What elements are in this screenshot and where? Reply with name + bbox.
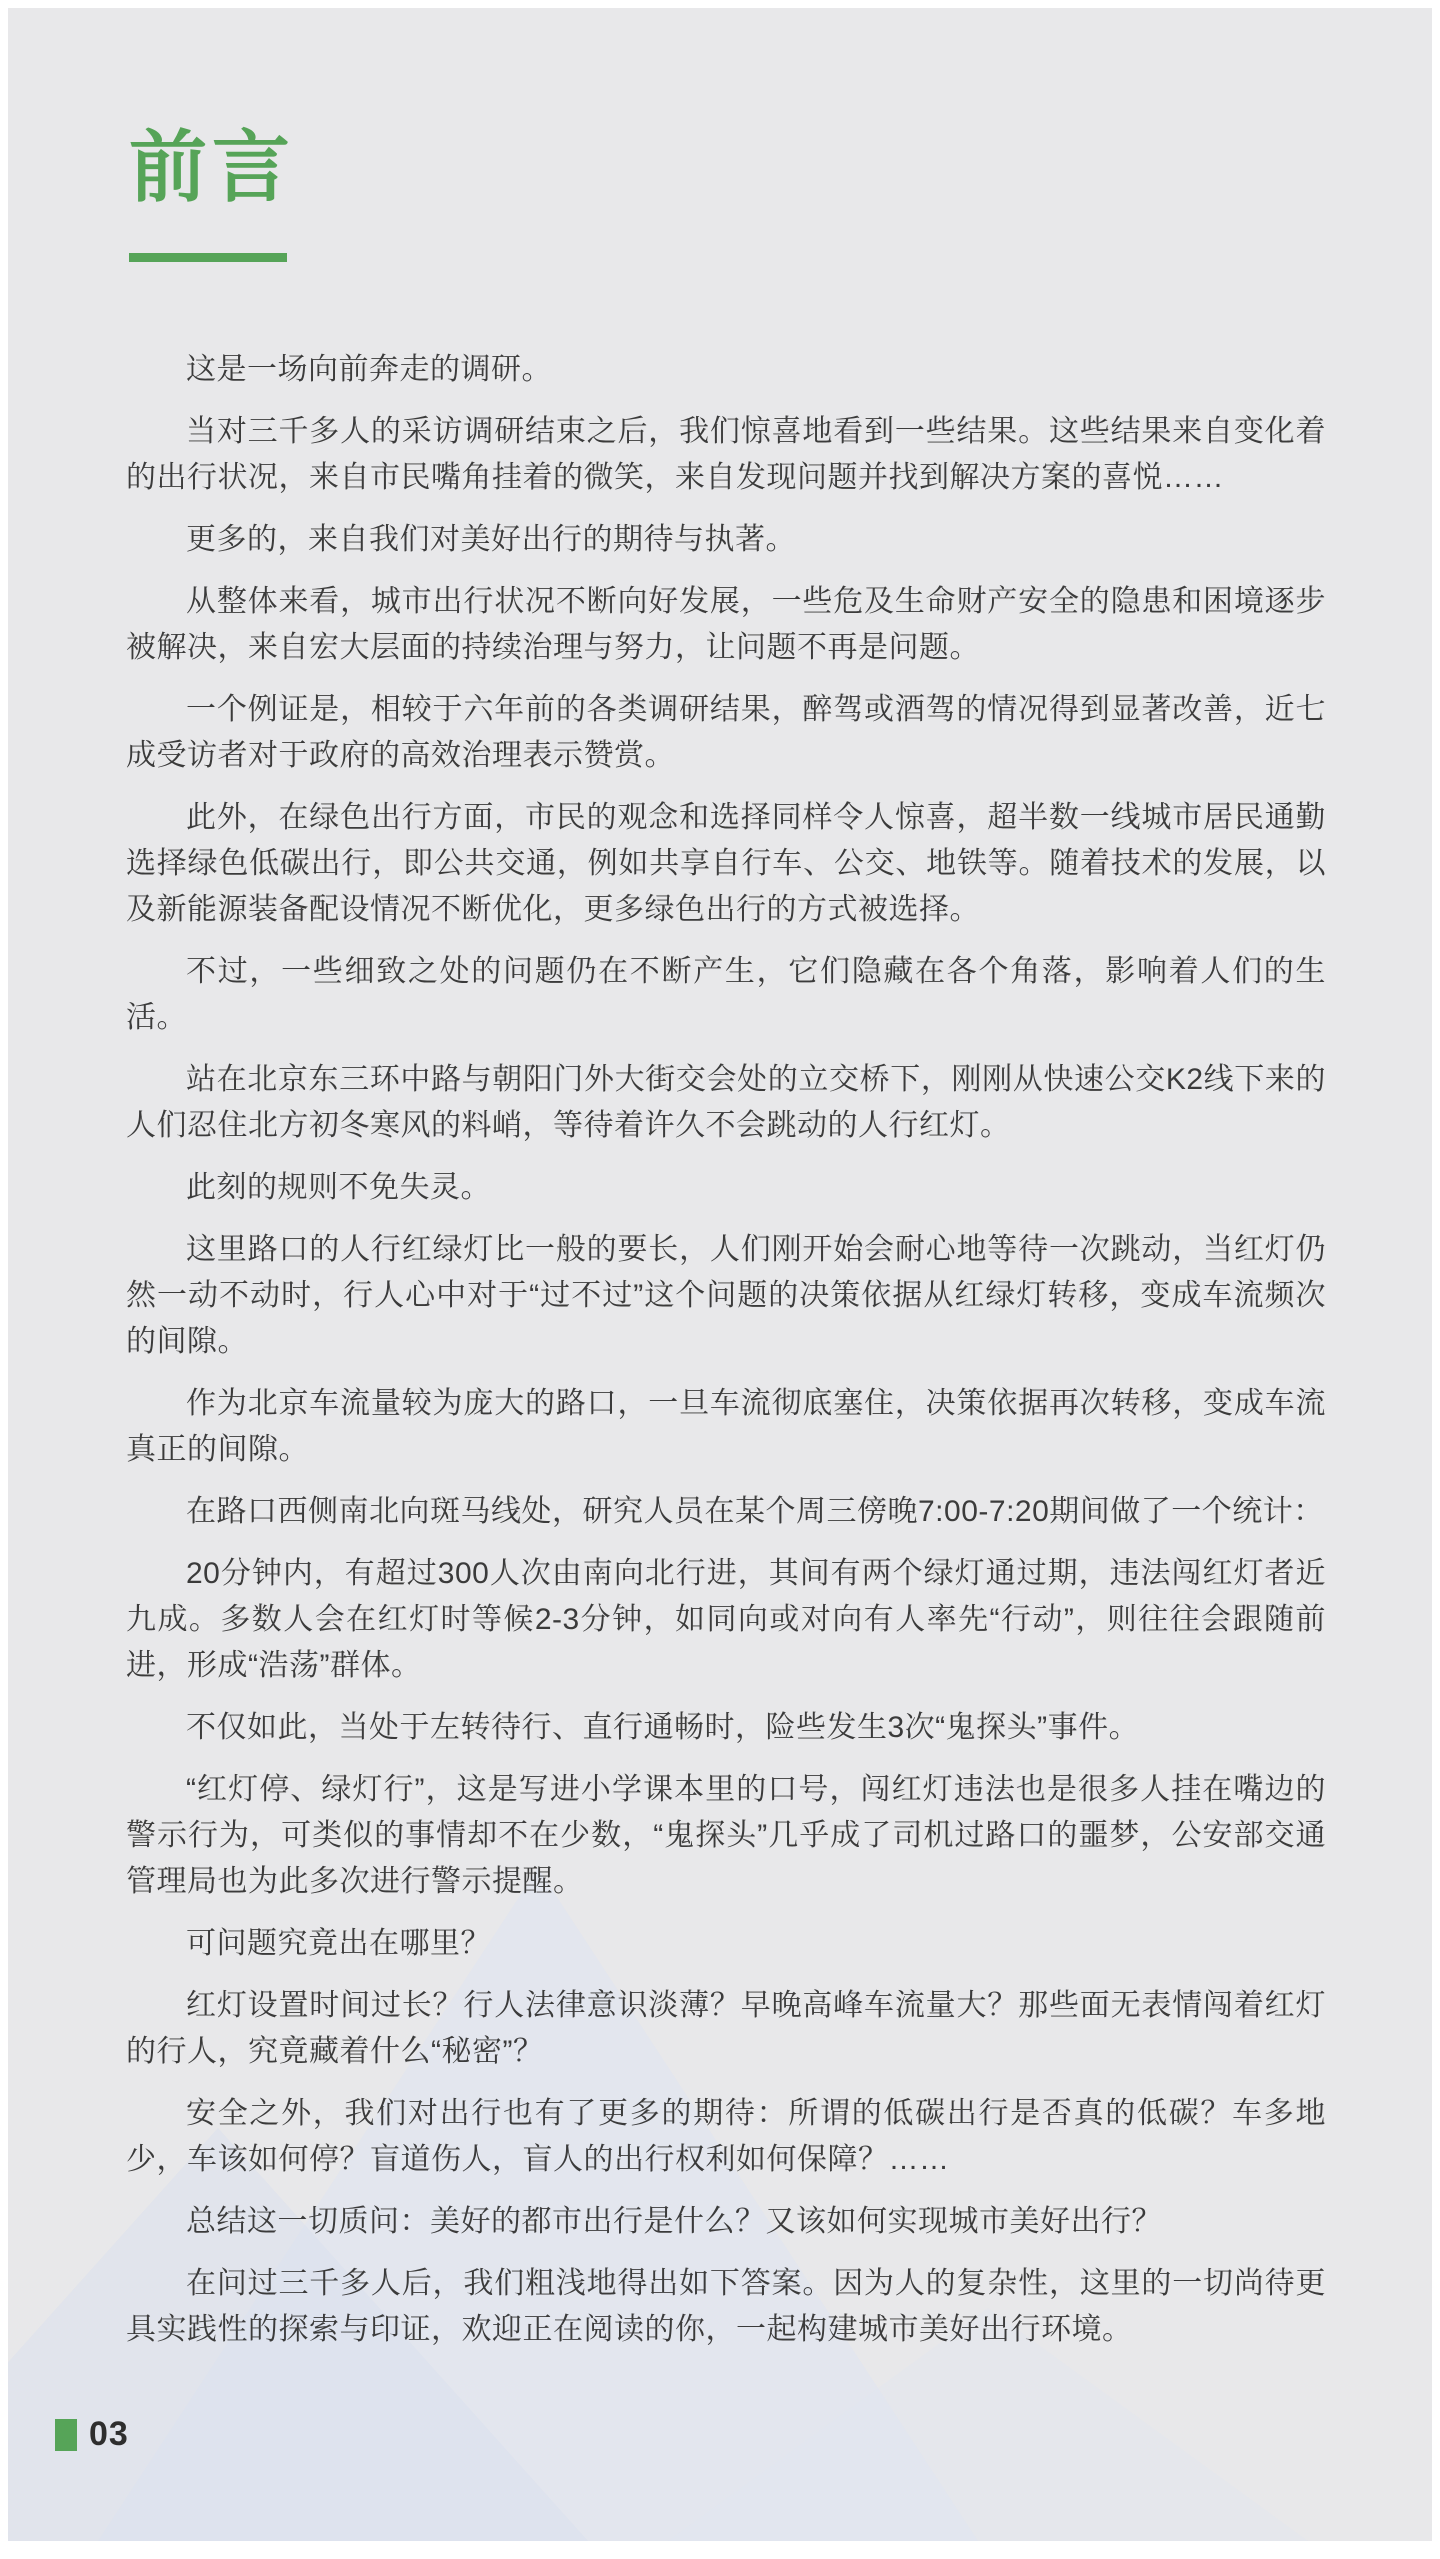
body-text: 这是一场向前奔走的调研。当对三千多人的采访调研结束之后，我们惊喜地看到一些结果。…	[126, 347, 1326, 2353]
paragraph: 一个例证是，相较于六年前的各类调研结果，醉驾或酒驾的情况得到显著改善，近七成受访…	[126, 687, 1326, 779]
page-title: 前言	[129, 124, 1432, 211]
paragraph: 从整体来看，城市出行状况不断向好发展，一些危及生命财产安全的隐患和困境逐步被解决…	[126, 579, 1326, 671]
paragraph: 当对三千多人的采访调研结束之后，我们惊喜地看到一些结果。这些结果来自变化着的出行…	[126, 409, 1326, 501]
paragraph: 可问题究竟出在哪里？	[126, 1921, 1326, 1967]
paragraph: 在路口西侧南北向斑马线处，研究人员在某个周三傍晚7:00-7:20期间做了一个统…	[126, 1489, 1326, 1535]
paragraph: 不过，一些细致之处的问题仍在不断产生，它们隐藏在各个角落，影响着人们的生活。	[126, 949, 1326, 1041]
paragraph: 此刻的规则不免失灵。	[126, 1165, 1326, 1211]
page-card: 前言 这是一场向前奔走的调研。当对三千多人的采访调研结束之后，我们惊喜地看到一些…	[8, 8, 1432, 2541]
paragraph: 20分钟内，有超过300人次由南向北行进，其间有两个绿灯通过期，违法闯红灯者近九…	[126, 1551, 1326, 1689]
paragraph: “红灯停、绿灯行”，这是写进小学课本里的口号，闯红灯违法也是很多人挂在嘴边的警示…	[126, 1767, 1326, 1905]
title-underline	[129, 253, 287, 262]
paragraph: 此外，在绿色出行方面，市民的观念和选择同样令人惊喜，超半数一线城市居民通勤选择绿…	[126, 795, 1326, 933]
document-viewport: 前言 这是一场向前奔走的调研。当对三千多人的采访调研结束之后，我们惊喜地看到一些…	[0, 0, 1440, 2559]
paragraph: 红灯设置时间过长？行人法律意识淡薄？早晚高峰车流量大？那些面无表情闯着红灯的行人…	[126, 1983, 1326, 2075]
paragraph: 安全之外，我们对出行也有了更多的期待：所谓的低碳出行是否真的低碳？车多地少，车该…	[126, 2091, 1326, 2183]
paragraph: 作为北京车流量较为庞大的路口，一旦车流彻底塞住，决策依据再次转移，变成车流真正的…	[126, 1381, 1326, 1473]
page-footer: 03	[55, 2415, 129, 2454]
paragraph: 这里路口的人行红绿灯比一般的要长，人们刚开始会耐心地等待一次跳动，当红灯仍然一动…	[126, 1227, 1326, 1365]
paragraph: 不仅如此，当处于左转待行、直行通畅时，险些发生3次“鬼探头”事件。	[126, 1705, 1326, 1751]
paragraph: 在问过三千多人后，我们粗浅地得出如下答案。因为人的复杂性，这里的一切尚待更具实践…	[126, 2261, 1326, 2353]
paragraph: 更多的，来自我们对美好出行的期待与执著。	[126, 517, 1326, 563]
page-number-marker	[55, 2419, 77, 2451]
paragraph: 这是一场向前奔走的调研。	[126, 347, 1326, 393]
paragraph: 站在北京东三环中路与朝阳门外大街交会处的立交桥下，刚刚从快速公交K2线下来的人们…	[126, 1057, 1326, 1149]
page-number: 03	[89, 2415, 129, 2454]
paragraph: 总结这一切质问：美好的都市出行是什么？又该如何实现城市美好出行？	[126, 2199, 1326, 2245]
